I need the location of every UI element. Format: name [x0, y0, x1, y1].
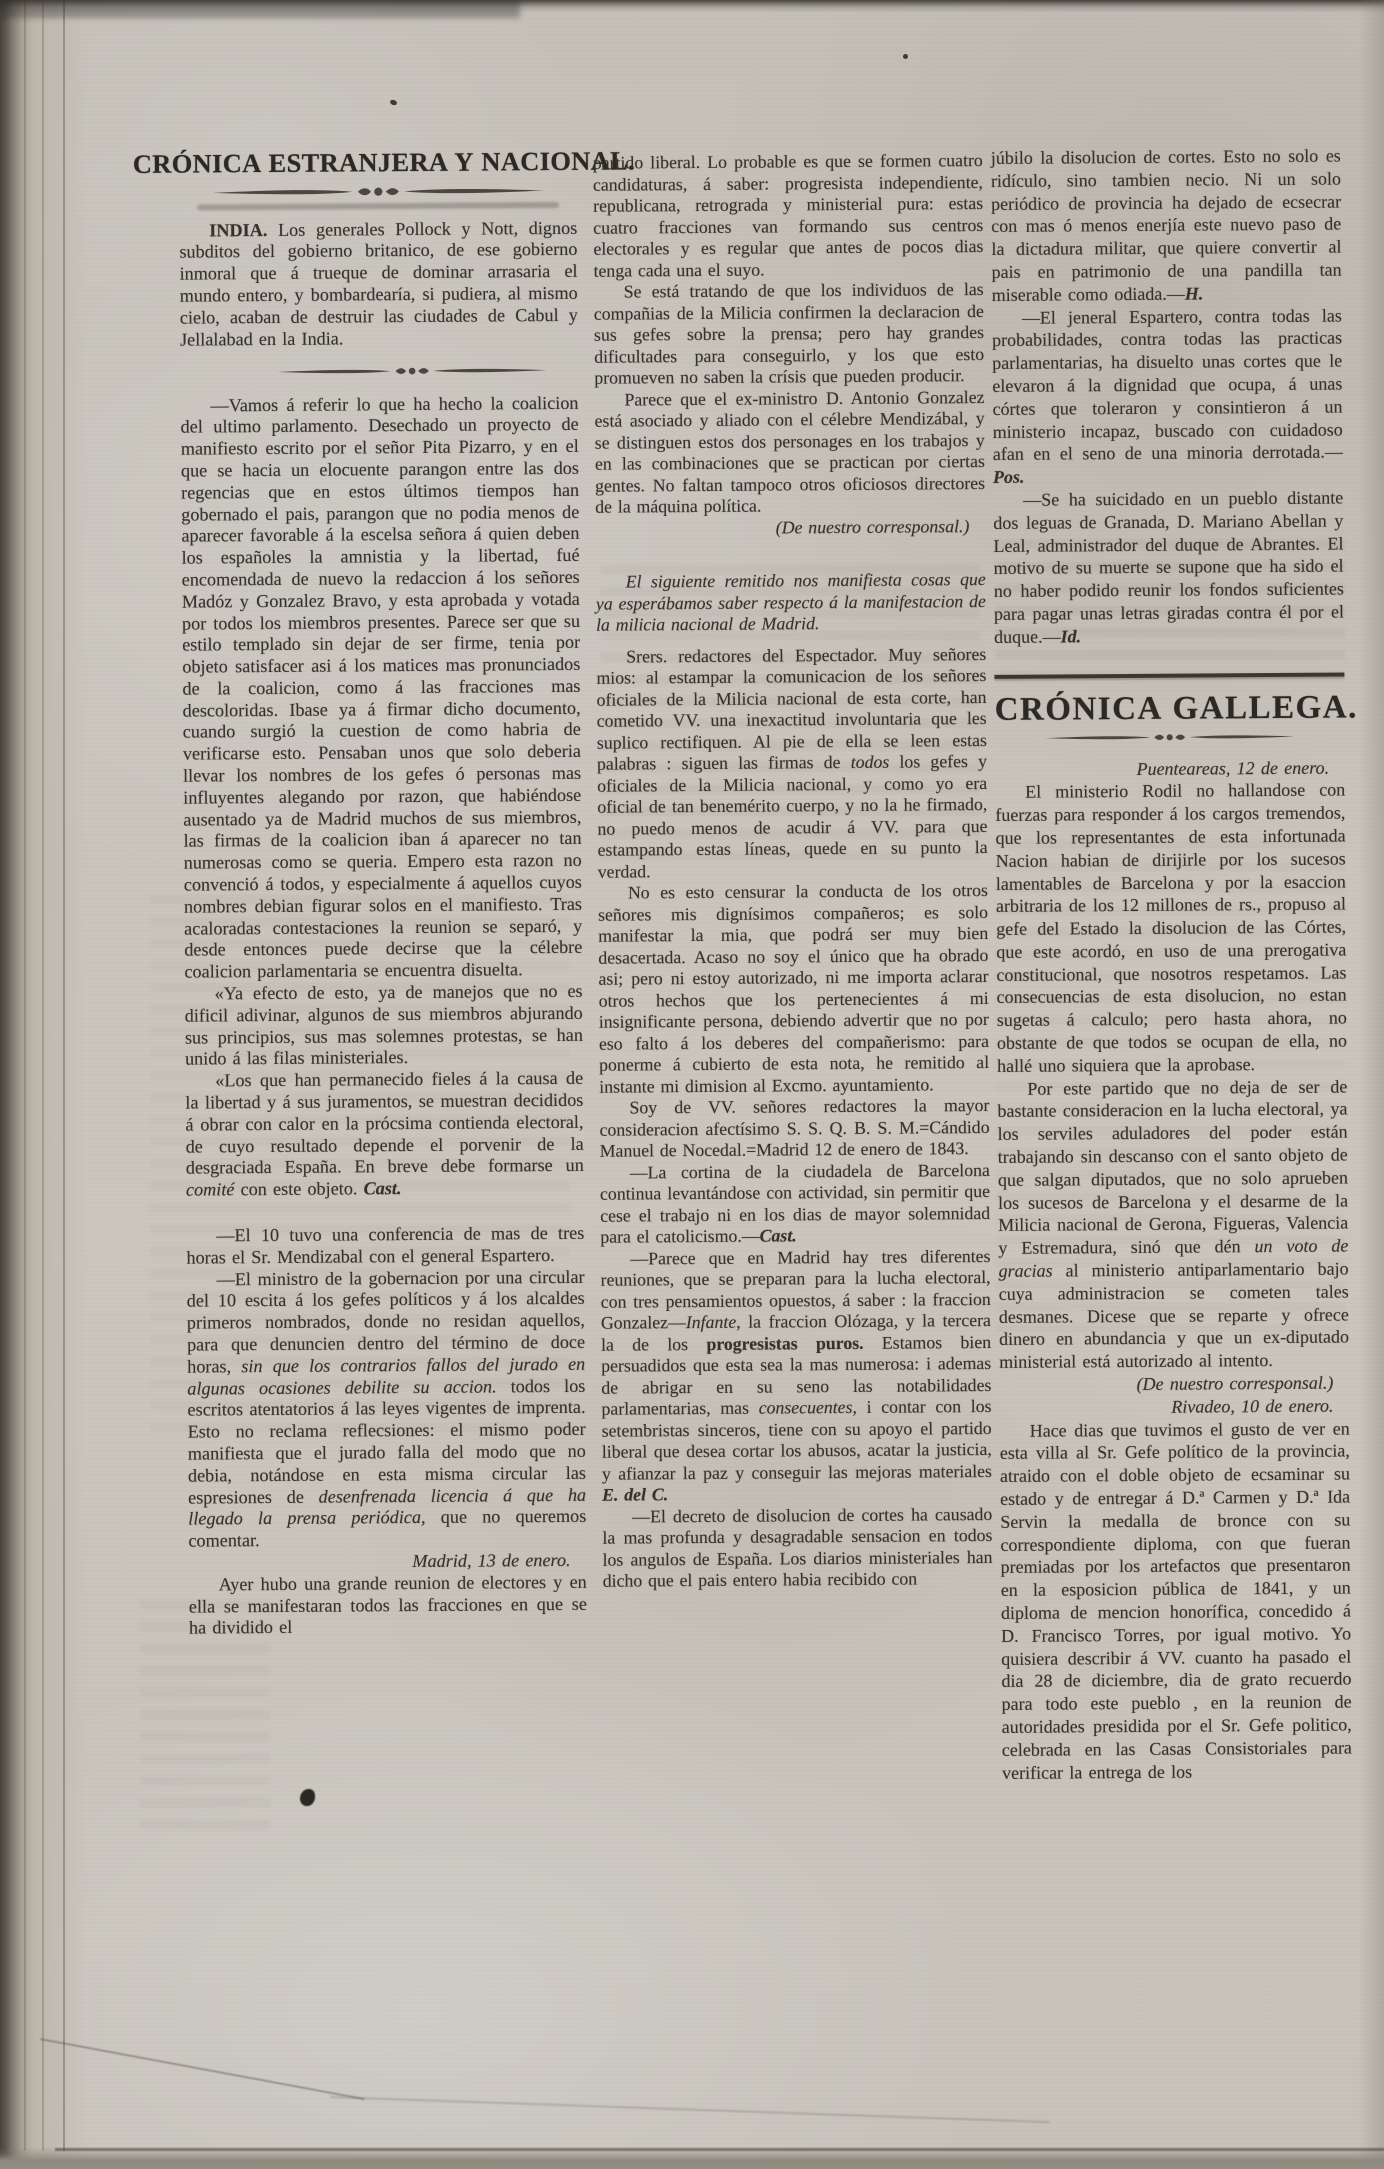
paragraph-milicia: Se está tratando de que los individuos d… — [594, 279, 985, 389]
paragraph-hace-dias: Hace dias que tuvimos el gusto de ver en… — [1000, 1417, 1353, 1784]
paragraph-jeneral-espartero: —El jeneral Espartero, contra todas las … — [992, 304, 1343, 489]
paragraph-firma-nocedal: Soy de VV. señores redactores la mayor c… — [599, 1095, 989, 1162]
signature-pos: Pos. — [993, 467, 1025, 487]
paragraph-cortina: —La cortina de la ciudadela de Barcelona… — [600, 1159, 991, 1248]
paragraph-partido-liberal: partido liberal. Lo probable es que se f… — [593, 150, 984, 282]
section-title-cronica-gallega: CRÓNICA GALLEGA. — [995, 696, 1345, 721]
signature-cast: Cast. — [760, 1225, 797, 1245]
paragraph-srers: Srers. redactores del Espectador. Muy se… — [596, 643, 988, 882]
signature-id: Id. — [1061, 626, 1082, 646]
divider-ornament — [276, 364, 548, 378]
paragraph-fieles: «Los que han permanecido fieles á la cau… — [185, 1068, 584, 1202]
signature-cast: Cast. — [364, 1178, 402, 1198]
paragraph-remitido: El siguiente remitido nos manifiesta cos… — [596, 569, 986, 636]
section-rule — [994, 672, 1344, 678]
paragraph-conferencia: —El 10 tuvo una conferencia de mas de tr… — [186, 1223, 584, 1269]
corresponsal-note: (De nuestro corresponsal.) — [999, 1372, 1349, 1397]
corresponsal-note: (De nuestro corresponsal.) — [595, 515, 985, 539]
paragraph-censurar: No es esto censurar la conducta de los o… — [598, 880, 989, 1098]
paragraph-suicidado: —Se ha suicidado en un pueblo distante d… — [993, 486, 1344, 648]
text-run-italic: consecuentes, — [759, 1397, 857, 1418]
paragraph-ministro: —El ministro de la gobernacion por una c… — [187, 1266, 587, 1552]
paragraph-decreto: —El decreto de disolucion de cortes ha c… — [602, 1503, 993, 1592]
newspaper-page: CRÓNICA ESTRANJERA Y NACIONAL. INDIA. Lo… — [0, 0, 1384, 2169]
paragraph-india: INDIA. Los generales Pollock y Nott, dig… — [179, 218, 578, 352]
paragraph-partido-serviles: Por este partido que no deja de ser de b… — [997, 1075, 1349, 1374]
paragraph-efecto: «Ya efecto de esto, ya de manejos que no… — [185, 981, 584, 1071]
column-2: partido liberal. Lo probable es que se f… — [593, 150, 993, 1592]
text-run: júbilo la disolucion de cortes. Esto no … — [991, 146, 1342, 305]
section-title-cronica-estranjera: CRÓNICA ESTRANJERA Y NACIONAL. — [133, 151, 553, 176]
text-run: Por este partido que no deja de ser de b… — [997, 1076, 1348, 1258]
text-run-italic: todos — [851, 752, 890, 772]
bleedthrough-rule — [197, 202, 559, 211]
paragraph-reuniones: —Parece que en Madrid hay tres diferente… — [600, 1245, 992, 1506]
paragraph-exministro: Parece que el ex-ministro D. Antonio Gon… — [594, 386, 985, 518]
text-run-bold: progresistas puros. — [706, 1332, 863, 1353]
paragraph-coalicion: —Vamos á referir lo que ha hecho la coal… — [180, 392, 582, 983]
divider-ornament — [1044, 731, 1296, 744]
dateline-puenteareas: Puenteareas, 12 de enero. — [995, 756, 1345, 781]
divider-ornament — [210, 183, 545, 200]
text-run-italic: Infante, — [686, 1312, 741, 1332]
text-run: «Los que han permanecido fieles á la cau… — [185, 1068, 584, 1178]
dateline-madrid: Madrid, 13 de enero. — [188, 1550, 586, 1575]
india-dateline-lead: INDIA. — [209, 220, 267, 240]
text-run-italic: comité — [186, 1179, 235, 1199]
signature-edelc: E. del C. — [602, 1484, 668, 1504]
signature-h: H. — [1185, 283, 1204, 303]
dateline-rivadeo: Rivadeo, 10 de enero. — [999, 1394, 1349, 1419]
text-run: —El jeneral Espartero, contra todas las … — [992, 305, 1343, 464]
text-run: —Se ha suicidado en un pueblo distante d… — [993, 487, 1344, 646]
paragraph-jubilo: júbilo la disolucion de cortes. Esto no … — [991, 145, 1342, 307]
paragraph-rodil: El ministerio Rodil no hallandose con fu… — [995, 779, 1347, 1078]
text-run: con este objeto. — [234, 1179, 363, 1200]
column-3: júbilo la disolucion de cortes. Esto no … — [991, 145, 1352, 1785]
paragraph-ayer: Ayer hubo una grande reunion de electore… — [189, 1572, 587, 1640]
page-content: CRÓNICA ESTRANJERA Y NACIONAL. INDIA. Lo… — [0, 0, 1384, 2169]
column-1: CRÓNICA ESTRANJERA Y NACIONAL. INDIA. Lo… — [179, 151, 587, 1640]
